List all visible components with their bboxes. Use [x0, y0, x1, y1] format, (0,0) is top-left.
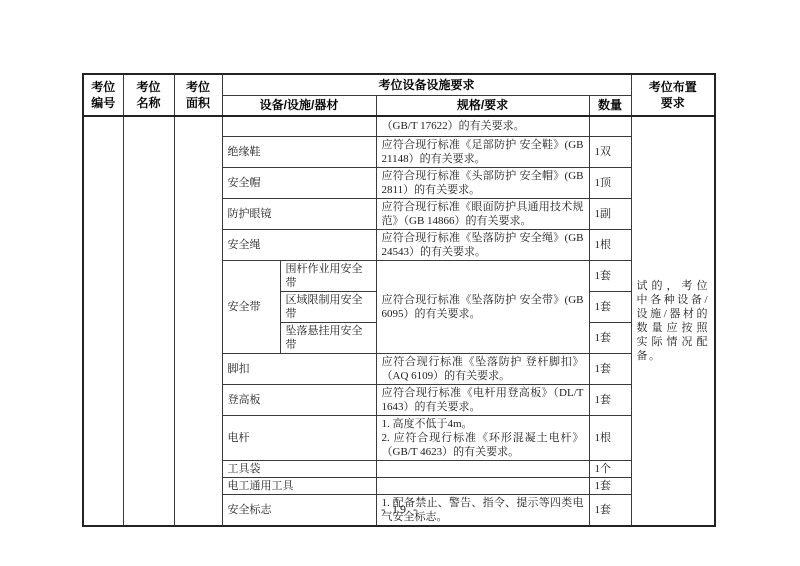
- device-cell: 绝缘鞋: [222, 136, 376, 167]
- device-subtype-cell: 坠落悬挂用安全带: [280, 322, 376, 353]
- spec-cell: [376, 477, 589, 494]
- equipment-table: 考位 编号 考位 名称 考位 面积 考位设备设施要求 考位布置 要求 设备/设施…: [82, 73, 716, 527]
- qty-cell: 1个: [589, 460, 631, 477]
- table-header-row: 考位 编号 考位 名称 考位 面积 考位设备设施要求 考位布置 要求: [83, 74, 715, 95]
- device-cell: 电杆: [222, 415, 376, 460]
- qty-cell: 1根: [589, 415, 631, 460]
- spec-cell: 应符合现行标准《坠落防护 登杆脚扣》（AQ 6109）的有关要求。: [376, 353, 589, 384]
- qty-cell: 1套: [589, 260, 631, 291]
- qty-cell: 1双: [589, 136, 631, 167]
- spec-cell: [376, 460, 589, 477]
- header-spec: 规格/要求: [376, 95, 589, 116]
- device-cell: 电工通用工具: [222, 477, 376, 494]
- table-row: （GB/T 17622）的有关要求。 试的，考位中各种设备/设施/器材的数量应按…: [83, 116, 715, 136]
- qty-cell: 1根: [589, 229, 631, 260]
- header-qty: 数量: [589, 95, 631, 116]
- qty-cell: 1套: [589, 384, 631, 415]
- page-number: - 19 -: [0, 502, 800, 517]
- device-cell: [222, 116, 376, 136]
- device-cell: 安全绳: [222, 229, 376, 260]
- spec-cell: 1. 高度不低于4m。 2. 应符合现行标准《环形混凝土电杆》（GB/T 462…: [376, 415, 589, 460]
- device-cell: 工具袋: [222, 460, 376, 477]
- qty-cell: 1副: [589, 198, 631, 229]
- spec-cell: 应符合现行标准《眼面防护具通用技术规范》（GB 14866）的有关要求。: [376, 198, 589, 229]
- qty-cell: 1套: [589, 353, 631, 384]
- device-cell: 安全带: [222, 260, 280, 353]
- qty-cell: 1套: [589, 477, 631, 494]
- document-page: 考位 编号 考位 名称 考位 面积 考位设备设施要求 考位布置 要求 设备/设施…: [0, 0, 800, 566]
- qty-cell: 1套: [589, 291, 631, 322]
- header-seat-area: 考位 面积: [174, 74, 222, 116]
- qty-cell: [589, 116, 631, 136]
- header-seat-name: 考位 名称: [123, 74, 174, 116]
- spec-cell: 应符合现行标准《头部防护 安全帽》(GB 2811）的有关要求。: [376, 167, 589, 198]
- device-cell: 安全帽: [222, 167, 376, 198]
- device-subtype-cell: 围杆作业用安全带: [280, 260, 376, 291]
- device-cell: 防护眼镜: [222, 198, 376, 229]
- qty-cell: 1套: [589, 322, 631, 353]
- device-cell: 登高板: [222, 384, 376, 415]
- device-subtype-cell: 区域限制用安全带: [280, 291, 376, 322]
- seat-name-cell: [123, 116, 174, 526]
- spec-cell: 应符合现行标准《坠落防护 安全带》(GB 6095）的有关要求。: [376, 260, 589, 353]
- qty-cell: 1顶: [589, 167, 631, 198]
- layout-requirement-cell: 试的，考位中各种设备/设施/器材的数量应按照实际情况配备。: [631, 116, 715, 526]
- header-seat-no: 考位 编号: [83, 74, 123, 116]
- spec-cell: 应符合现行标准《电杆用登高板》（DL/T 1643）的有关要求。: [376, 384, 589, 415]
- spec-cell: （GB/T 17622）的有关要求。: [376, 116, 589, 136]
- spec-cell: 应符合现行标准《足部防护 安全鞋》(GB 21148）的有关要求。: [376, 136, 589, 167]
- header-layout-requirement: 考位布置 要求: [631, 74, 715, 116]
- seat-area-cell: [174, 116, 222, 526]
- spec-cell: 应符合现行标准《坠落防护 安全绳》(GB 24543）的有关要求。: [376, 229, 589, 260]
- header-device: 设备/设施/器材: [222, 95, 376, 116]
- header-equipment-group: 考位设备设施要求: [222, 74, 631, 95]
- seat-no-cell: [83, 116, 123, 526]
- device-cell: 脚扣: [222, 353, 376, 384]
